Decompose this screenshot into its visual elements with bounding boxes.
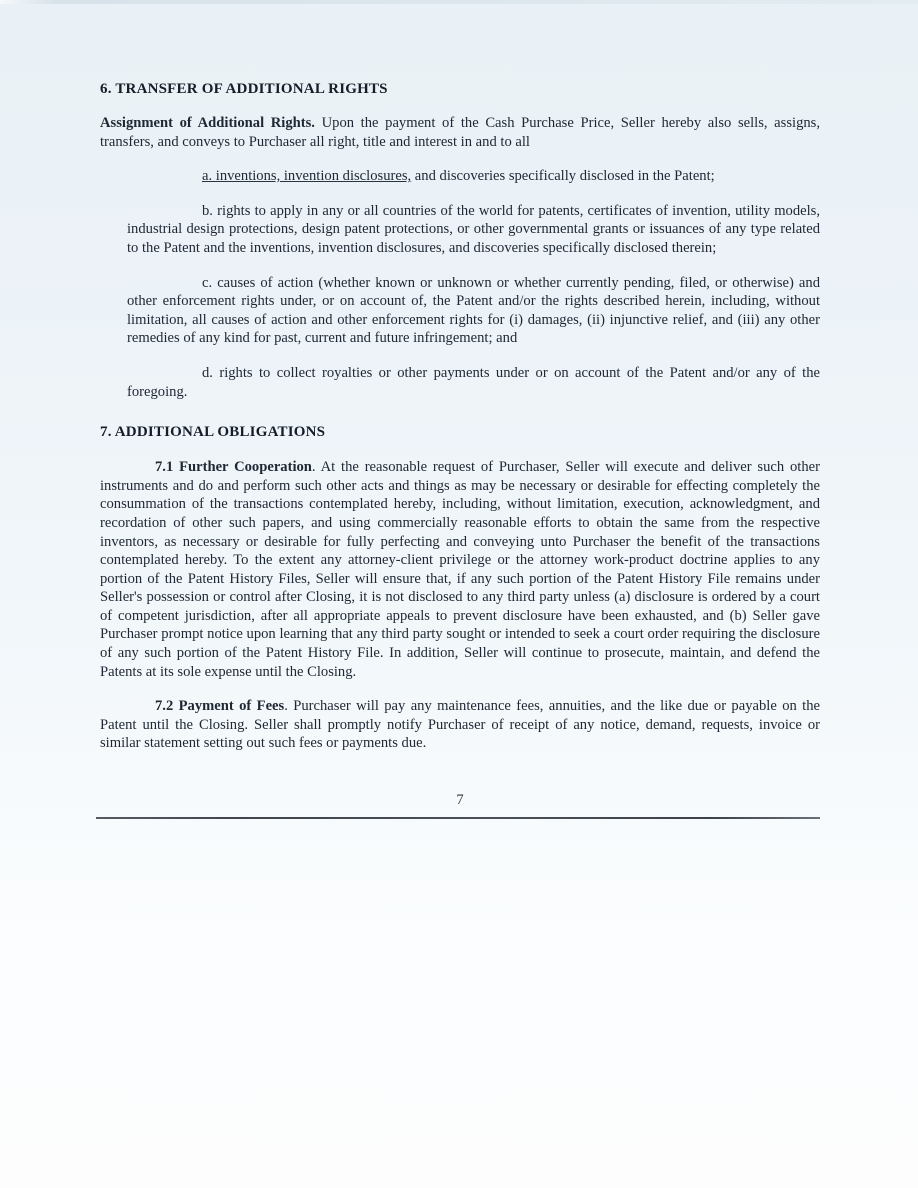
subitem-d-text: d. rights to collect royalties or other … (127, 365, 820, 400)
document-body: 6. TRANSFER OF ADDITIONAL RIGHTS Assignm… (100, 80, 820, 753)
subitem-d: d. rights to collect royalties or other … (127, 364, 820, 401)
subitem-c: c. causes of action (whether known or un… (127, 274, 820, 348)
scan-top-edge-artifact (0, 0, 918, 4)
section-6-intro-paragraph: Assignment of Additional Rights. Upon th… (100, 114, 820, 151)
subitem-b: b. rights to apply in any or all countri… (127, 202, 820, 258)
clause-7-1-bold-lead: 7.1 Further Cooperation (155, 459, 312, 475)
subitem-a-underlined-run: a. inventions, invention disclosures, (202, 168, 411, 184)
section-7-heading: 7. ADDITIONAL OBLIGATIONS (100, 423, 820, 442)
footer-horizontal-rule (96, 817, 820, 819)
clause-7-2: 7.2 Payment of Fees. Purchaser will pay … (100, 697, 820, 753)
section-6-heading: 6. TRANSFER OF ADDITIONAL RIGHTS (100, 80, 820, 99)
scanned-document-page: 6. TRANSFER OF ADDITIONAL RIGHTS Assignm… (0, 0, 918, 1188)
clause-7-1: 7.1 Further Cooperation. At the reasonab… (100, 458, 820, 681)
clause-7-2-bold-lead: 7.2 Payment of Fees (155, 698, 284, 714)
subitem-c-text: c. causes of action (whether known or un… (127, 275, 820, 347)
subitem-a: a. inventions, invention disclosures, an… (127, 167, 820, 186)
intro-bold-lead: Assignment of Additional Rights. (100, 115, 315, 131)
page-number: 7 (100, 792, 820, 809)
subitem-a-text: and discoveries specifically disclosed i… (411, 168, 715, 184)
subitem-b-text: b. rights to apply in any or all countri… (127, 203, 820, 256)
clause-7-1-text: . At the reasonable request of Purchaser… (100, 459, 820, 680)
